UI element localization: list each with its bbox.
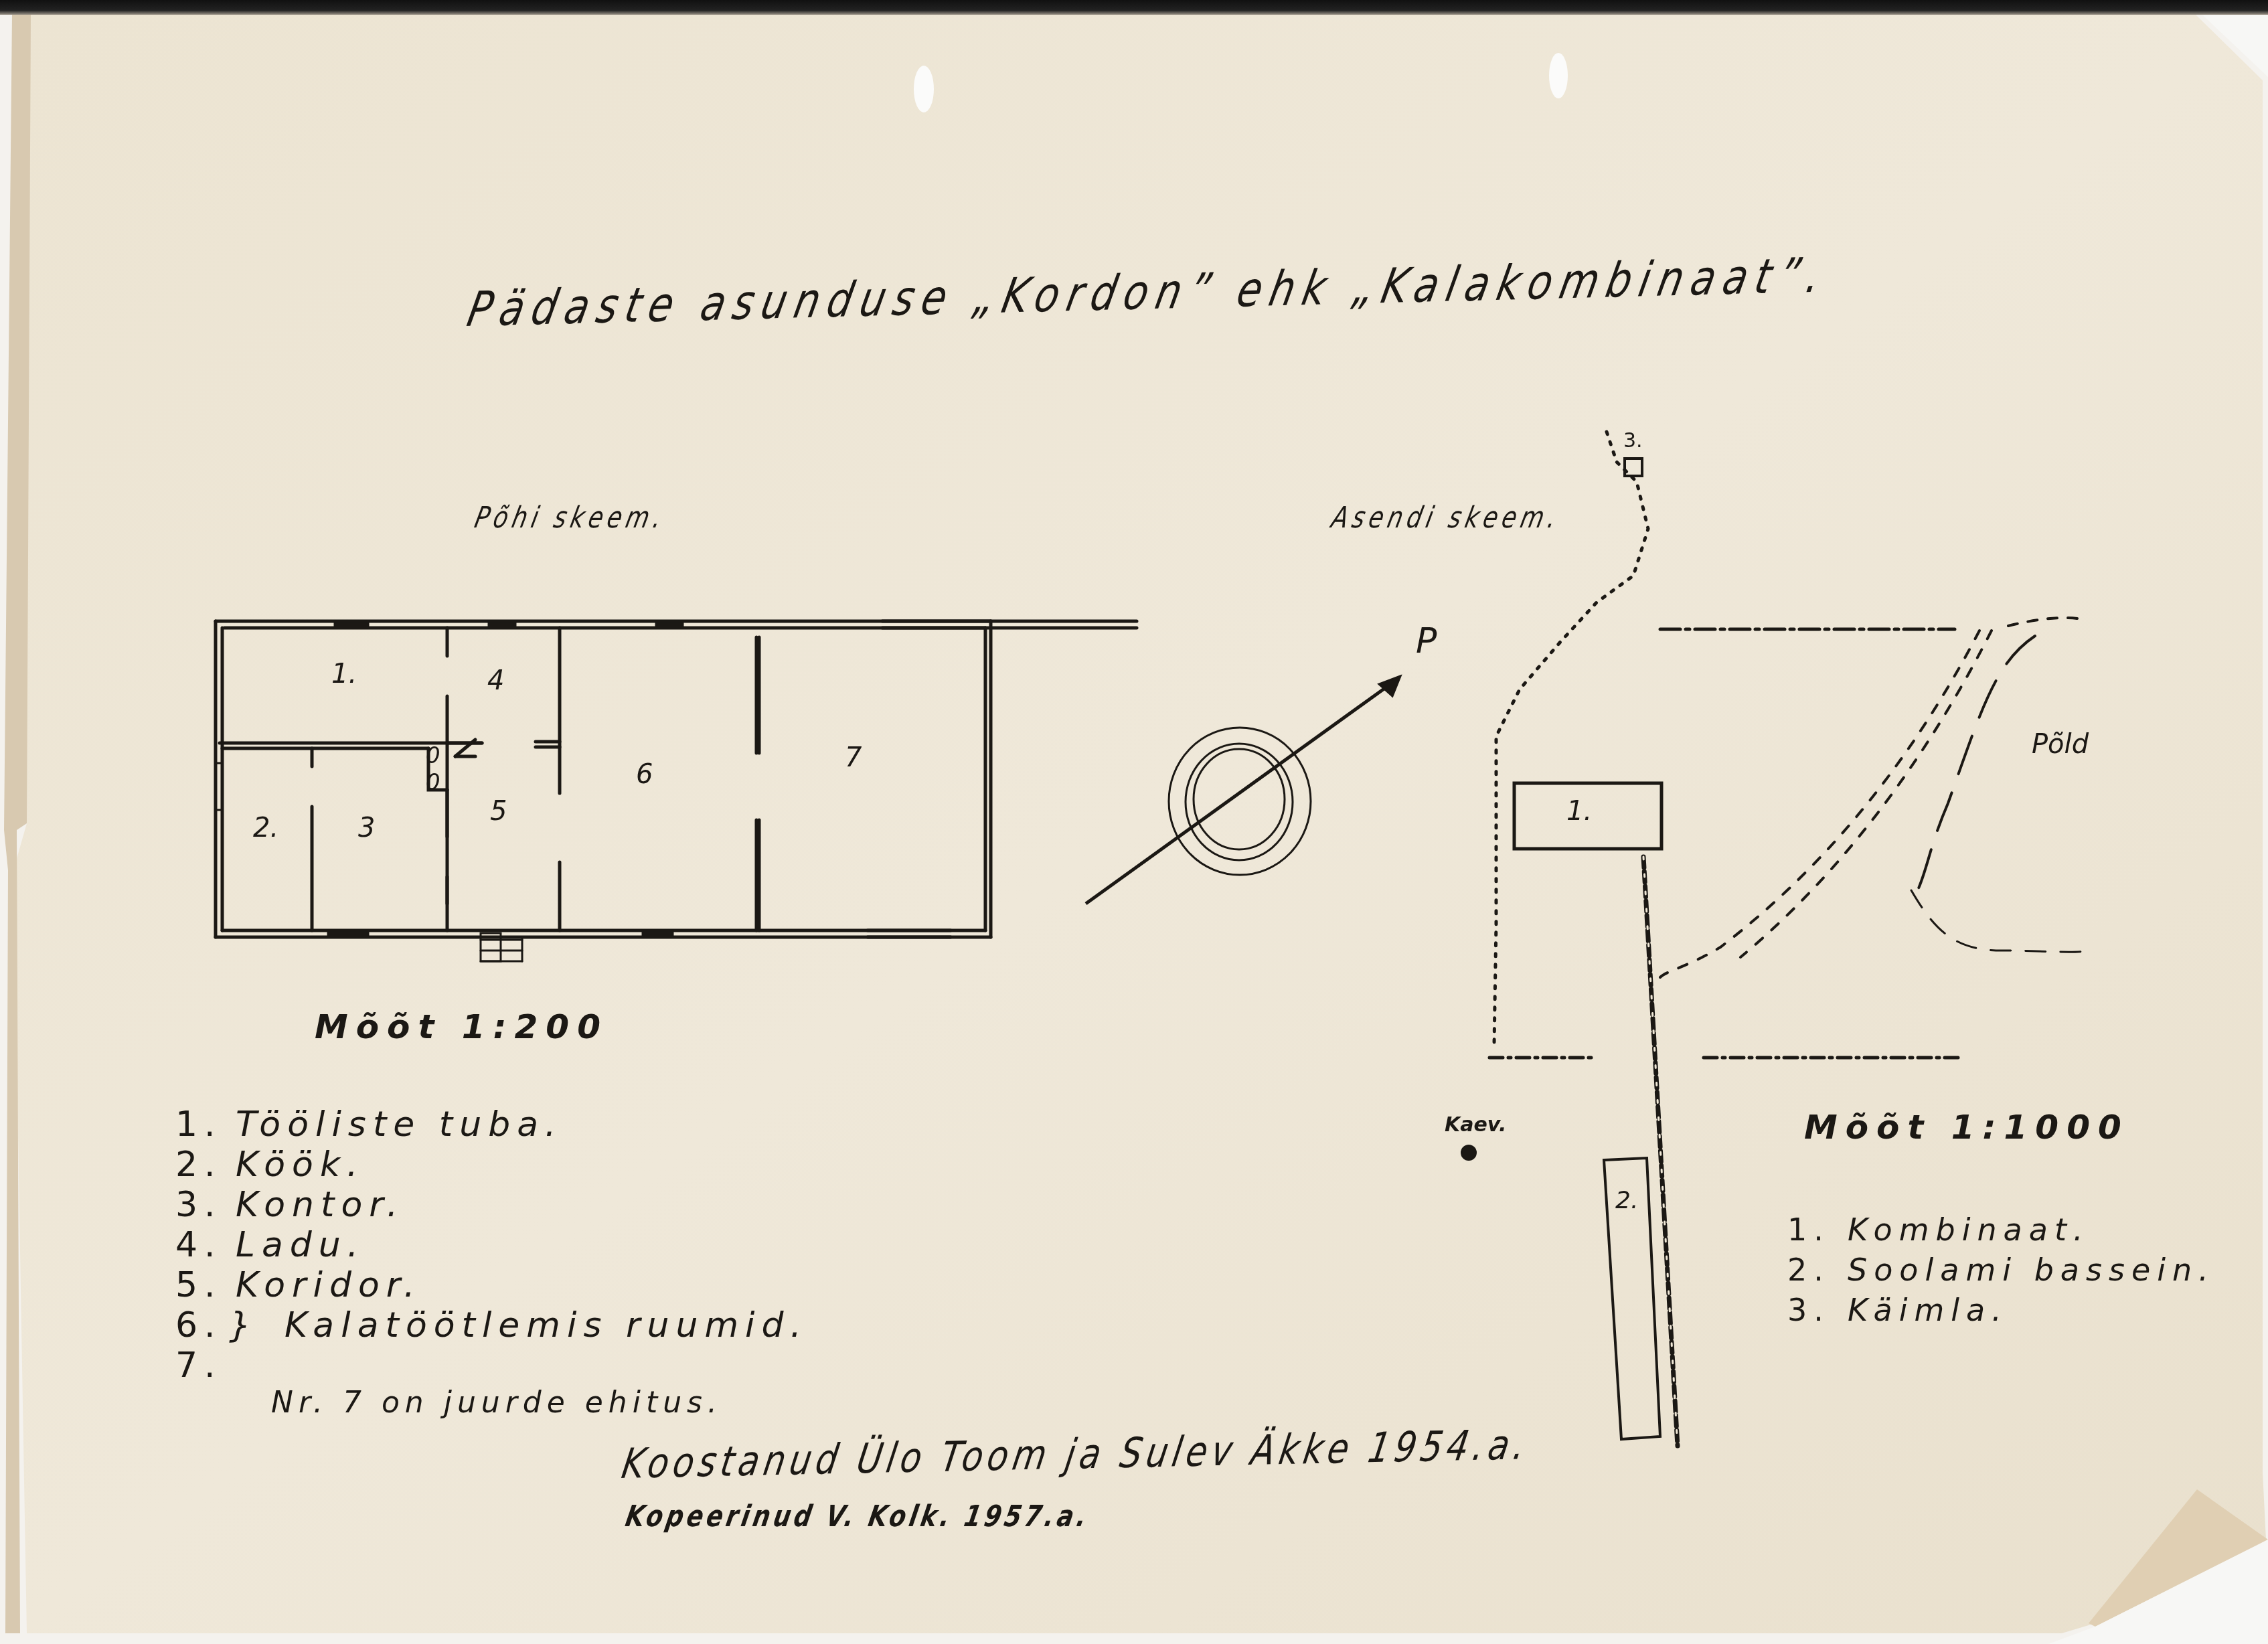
- legend-item: 2. Köök.: [175, 1145, 808, 1185]
- legend-item: 7.: [175, 1345, 808, 1386]
- legend-label: Käimla.: [1848, 1292, 2008, 1332]
- field-label: Põld: [2032, 729, 2089, 760]
- copied-by: Kopeerinud V. Kolk. 1957.a.: [623, 1499, 1092, 1534]
- legend-label: Kontor.: [236, 1185, 404, 1225]
- stove-symbol: 0: [426, 769, 440, 796]
- site-plan-legend: 1. Kombinaat. 2. Soolami bassein. 3. Käi…: [1787, 1212, 2215, 1332]
- legend-item: 2. Soolami bassein.: [1787, 1252, 2215, 1292]
- legend-number: 3.: [175, 1185, 209, 1225]
- room-5-label: 5: [490, 796, 507, 827]
- legend-number: 7.: [175, 1345, 209, 1386]
- legend-item: 5. Koridor.: [175, 1265, 808, 1305]
- punch-hole-right: [1549, 53, 1568, 98]
- north-label: P: [1416, 621, 1437, 661]
- stove-symbol: 0: [426, 742, 440, 769]
- room-3-label: 3: [358, 813, 375, 843]
- well-label: Kaev.: [1445, 1113, 1506, 1137]
- floor-plan-scale: Mõõt 1:200: [315, 1007, 609, 1046]
- legend-label: Kalatöötlemis ruumid.: [285, 1305, 808, 1345]
- punch-hole-left: [914, 66, 934, 112]
- legend-label: Köök.: [236, 1145, 365, 1185]
- legend-item: 3. Kontor.: [175, 1185, 808, 1225]
- site-plan-heading: Asendi skeem.: [1329, 501, 1564, 535]
- legend-label: Koridor.: [236, 1265, 422, 1305]
- legend-number: 1.: [1787, 1212, 1821, 1252]
- building-1-label: 1.: [1566, 796, 1592, 827]
- room-6-label: 6: [636, 759, 653, 790]
- legend-label: Soolami bassein.: [1848, 1252, 2215, 1292]
- legend-item: 1. Tööliste tuba.: [175, 1104, 808, 1145]
- site-plan-scale: Mõõt 1:1000: [1804, 1108, 2129, 1147]
- legend-number: 5.: [175, 1265, 209, 1305]
- scanner-edge-top: [0, 0, 2268, 15]
- floor-plan-legend: 1. Tööliste tuba. 2. Köök. 3. Kontor. 4.…: [175, 1104, 808, 1386]
- toilet-3-label: 3.: [1623, 429, 1643, 453]
- room-1-label: 1.: [331, 659, 357, 689]
- room-2-label: 2.: [253, 813, 278, 843]
- legend-number: 3.: [1787, 1292, 1821, 1332]
- legend-label: Kombinaat.: [1848, 1212, 2090, 1252]
- legend-number: 2.: [175, 1145, 209, 1185]
- legend-item: 3. Käimla.: [1787, 1292, 2215, 1332]
- floor-plan-note: Nr. 7 on juurde ehitus.: [271, 1386, 722, 1420]
- room-4-label: 4: [487, 665, 504, 696]
- legend-item: 1. Kombinaat.: [1787, 1212, 2215, 1252]
- legend-label: Ladu.: [236, 1225, 365, 1265]
- legend-number: 6.: [175, 1305, 209, 1345]
- legend-number: 2.: [1787, 1252, 1821, 1292]
- basin-2-label: 2.: [1615, 1187, 1638, 1214]
- legend-label: Tööliste tuba.: [236, 1104, 563, 1145]
- legend-item: 6. } Kalatöötlemis ruumid.: [175, 1305, 808, 1345]
- brace-icon: }: [229, 1305, 258, 1345]
- legend-number: 4.: [175, 1225, 209, 1265]
- room-7-label: 7: [845, 742, 862, 773]
- legend-item: 4. Ladu.: [175, 1225, 808, 1265]
- well-icon: [1461, 1145, 1476, 1160]
- legend-number: 1.: [175, 1104, 209, 1145]
- floor-plan-heading: Põhi skeem.: [472, 501, 669, 535]
